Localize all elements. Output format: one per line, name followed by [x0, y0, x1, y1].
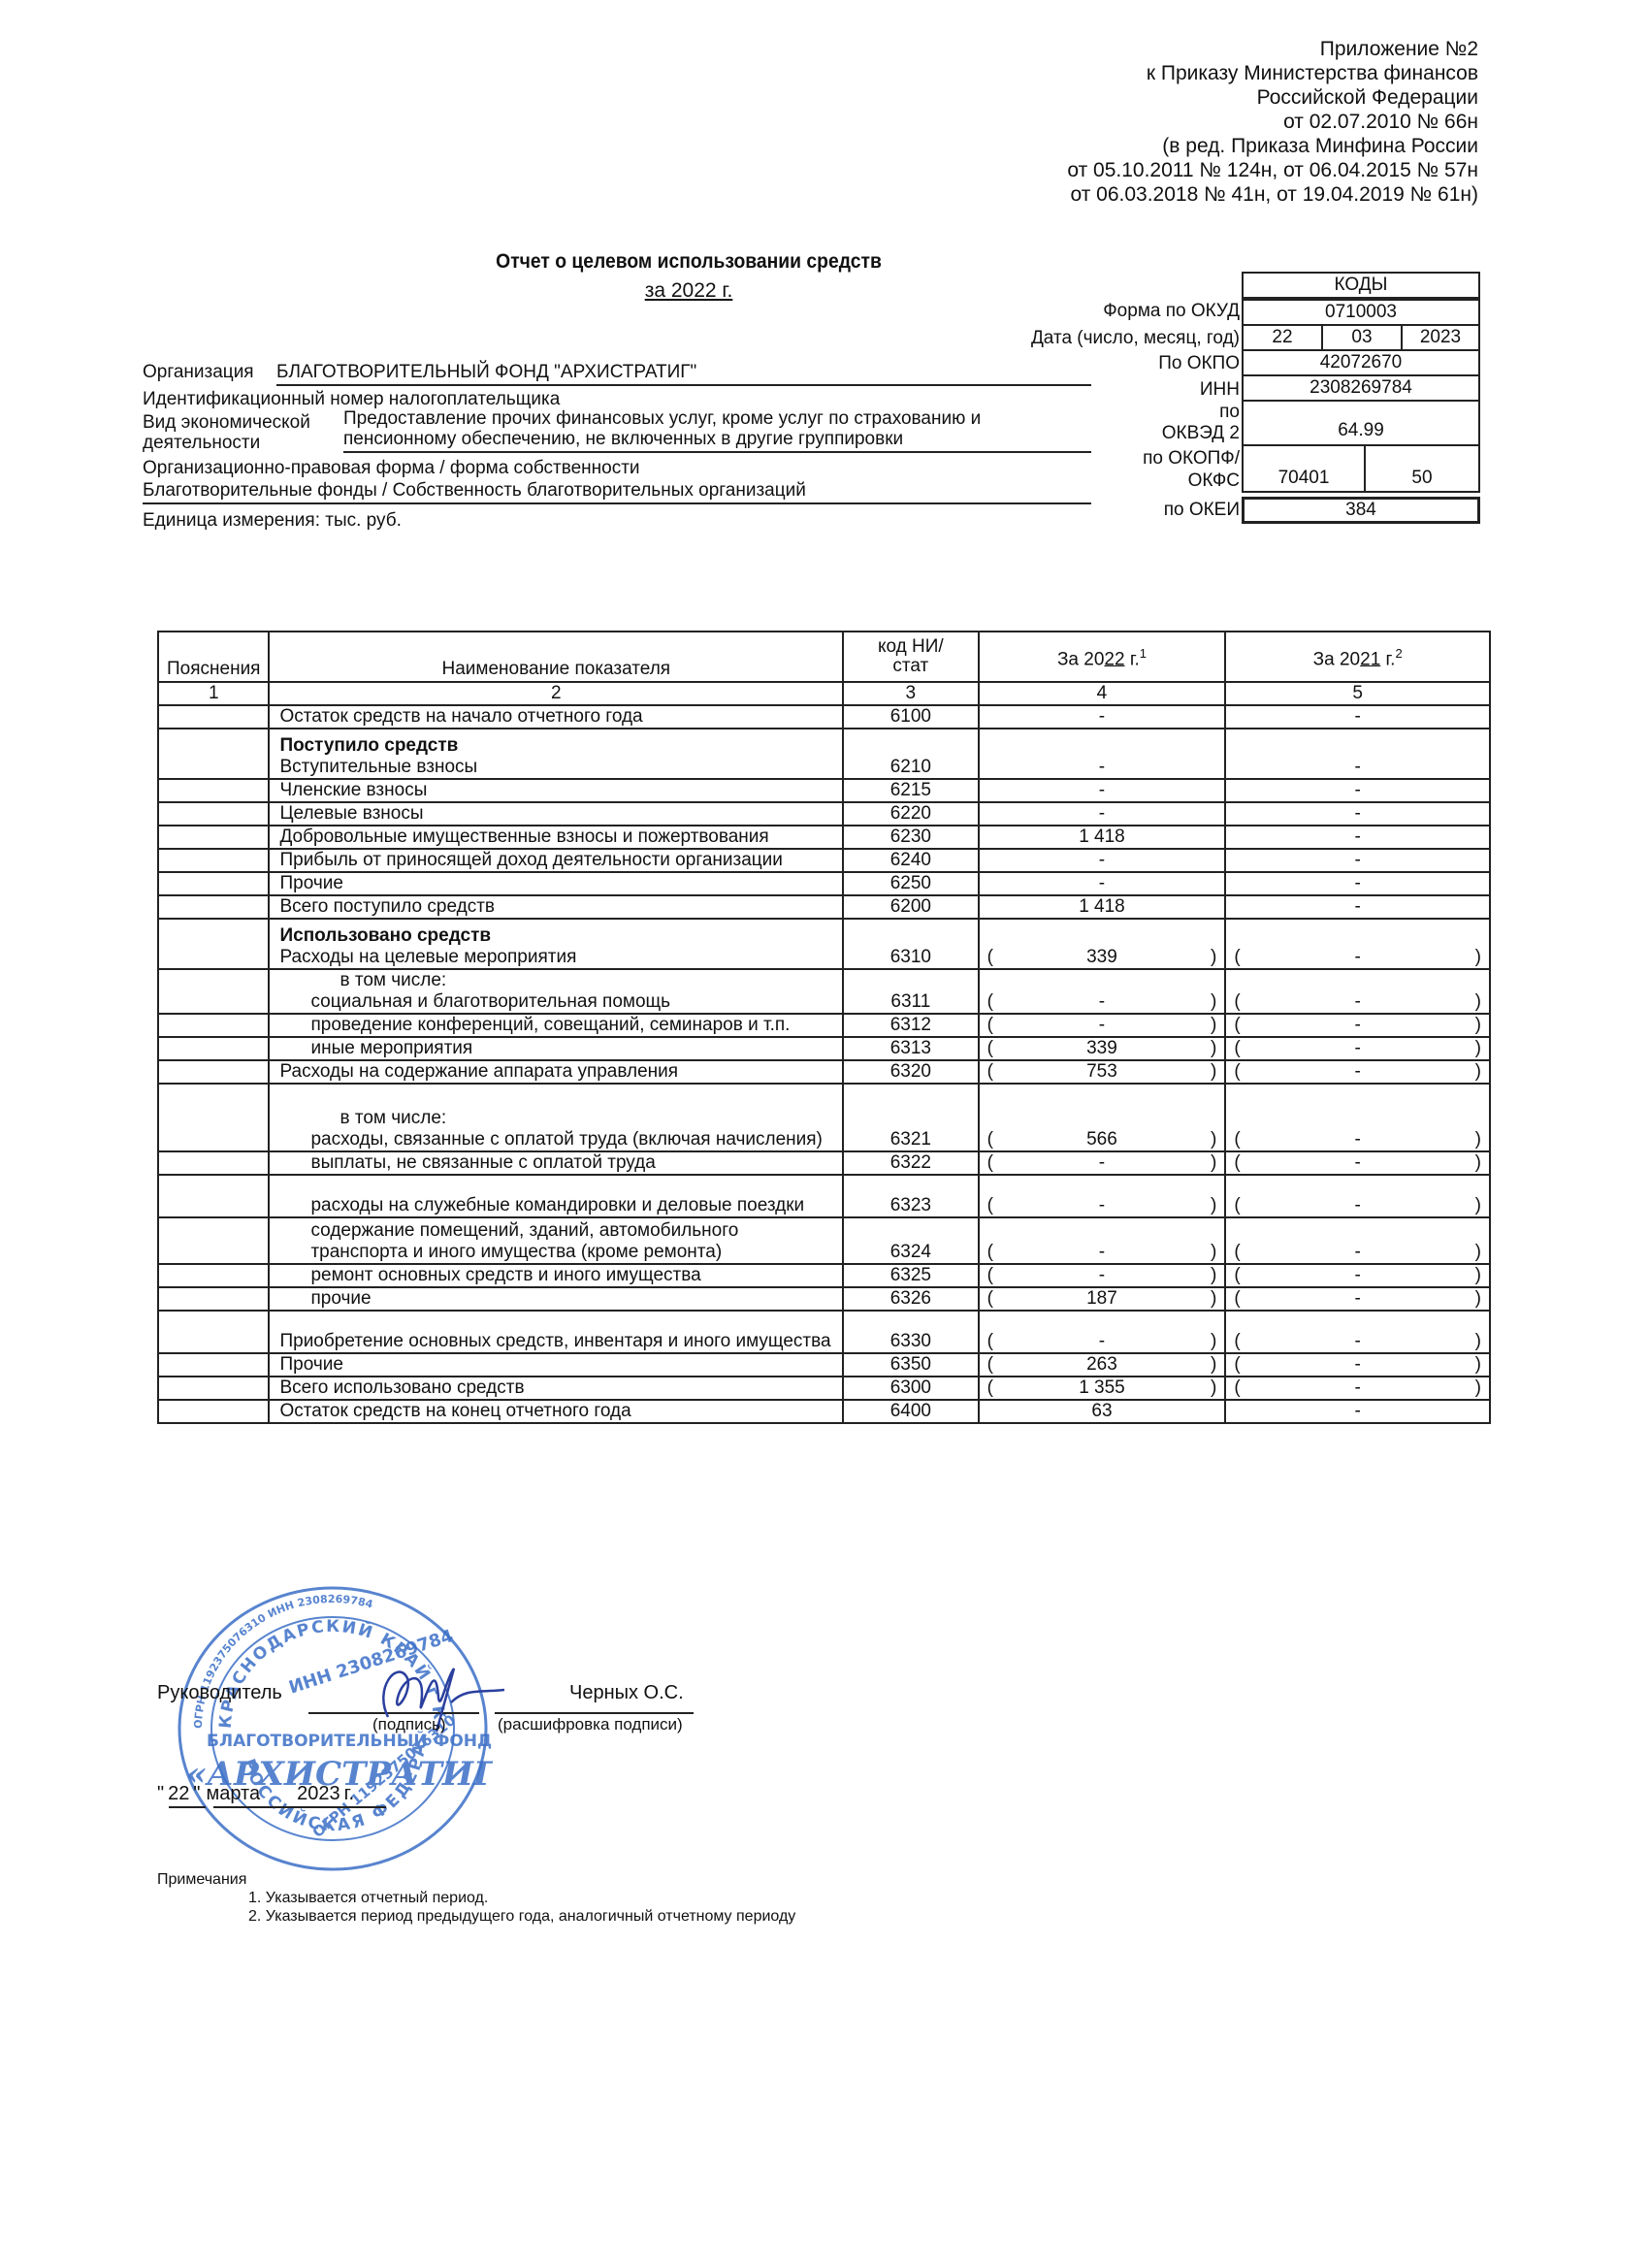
code-cell: 6324: [843, 1217, 978, 1264]
code-cell: 6320: [843, 1060, 978, 1084]
close-paren: ): [1211, 991, 1216, 1013]
table-row: Всего поступило средств62001 418-: [158, 895, 1490, 919]
notes-cell: [158, 872, 269, 895]
codes-header: КОДЫ: [1242, 272, 1480, 299]
code-cell: 6325: [843, 1264, 978, 1287]
value-2022-cell: 1 418: [979, 895, 1226, 919]
appendix-header: Приложение №2 к Приказу Министерства фин…: [799, 37, 1478, 207]
notes-cell: [158, 1400, 269, 1423]
value-2022-cell: (-): [979, 969, 1226, 1014]
close-paren: ): [1211, 1038, 1216, 1059]
notes-title: Примечания: [157, 1870, 246, 1889]
close-paren: ): [1475, 1377, 1481, 1399]
note-item: 1. Указывается отчетный период.: [248, 1889, 488, 1907]
close-paren: ): [1211, 1354, 1216, 1376]
value-y2022: 263: [993, 1354, 1211, 1376]
date-month-year-line: [213, 1806, 386, 1808]
name-cell: расходы на служебные командировки и дело…: [269, 1175, 843, 1217]
date-day: 22: [1242, 324, 1323, 351]
value-y2021: -: [1234, 757, 1481, 778]
close-paren: ): [1211, 1288, 1216, 1310]
appendix-line: к Приказу Министерства финансов: [799, 61, 1478, 85]
column-number-row: 1 2 3 4 5: [158, 682, 1490, 705]
value-y2022: -: [987, 873, 1217, 894]
table-row: Прибыль от приносящей доход деятельности…: [158, 849, 1490, 872]
table-row: проведение конференций, совещаний, семин…: [158, 1014, 1490, 1037]
activity-line-2: пенсионному обеспечению, не включенных в…: [343, 429, 903, 450]
table-row: в том числе:расходы, связанные с оплатой…: [158, 1084, 1490, 1151]
notes-cell: [158, 919, 269, 969]
close-paren: ): [1475, 1195, 1481, 1216]
okopf-label-2: ОКФС: [1188, 470, 1240, 492]
name-cell: содержание помещений, зданий, автомобиль…: [269, 1217, 843, 1264]
notes-cell: [158, 1014, 269, 1037]
col-notes-header: Пояснения: [158, 632, 269, 682]
value-2022-cell: (-): [979, 1175, 1226, 1217]
code-cell: 6200: [843, 895, 978, 919]
table-row: Приобретение основных средств, инвентаря…: [158, 1311, 1490, 1353]
okved-label-1: по: [1219, 402, 1240, 423]
table-row: расходы на служебные командировки и дело…: [158, 1175, 1490, 1217]
code-cell: 6210: [843, 729, 978, 779]
value-y2021: -: [1234, 850, 1481, 871]
value-2021-cell: (-): [1225, 1060, 1490, 1084]
indicator-name: Прочие: [279, 1354, 342, 1375]
value-y2021: -: [1241, 991, 1475, 1013]
indicator-name: Расходы на содержание аппарата управлени…: [279, 1061, 678, 1082]
name-cell: Прибыль от приносящей доход деятельности…: [269, 849, 843, 872]
including-label: в том числе:: [310, 1108, 834, 1129]
inn-label: Идентификационный номер налогоплательщик…: [143, 389, 560, 410]
legal-form-underline: [143, 502, 1091, 504]
table-row: Расходы на содержание аппарата управлени…: [158, 1060, 1490, 1084]
indicator-name: Членские взносы: [279, 780, 427, 800]
col-2022-header: За 2022 г.1: [979, 632, 1226, 682]
notes-cell: [158, 729, 269, 779]
code-cell: 6300: [843, 1377, 978, 1400]
value-y2021: -: [1234, 803, 1481, 825]
okpo-label: По ОКПО: [1158, 353, 1240, 374]
close-paren: ): [1211, 1061, 1216, 1083]
value-y2021: -: [1241, 1288, 1475, 1310]
indicator-name: Остаток средств на конец отчетного года: [279, 1401, 630, 1421]
okfs-value: 50: [1364, 444, 1480, 493]
value-y2022: 63: [987, 1401, 1217, 1422]
code-cell: 6250: [843, 872, 978, 895]
appendix-line: от 05.10.2011 № 124н, от 06.04.2015 № 57…: [799, 158, 1478, 182]
value-2021-cell: (-): [1225, 1287, 1490, 1311]
okopf-value: 70401: [1242, 444, 1366, 493]
value-y2022: 566: [993, 1129, 1211, 1150]
code-cell: 6230: [843, 826, 978, 849]
notes-cell: [158, 1311, 269, 1353]
col-number: 4: [979, 682, 1226, 705]
notes-cell: [158, 1084, 269, 1151]
name-cell: Членские взносы: [269, 779, 843, 802]
value-2022-cell: (-): [979, 1217, 1226, 1264]
indicator-name: прочие: [310, 1288, 371, 1309]
name-cell: в том числе:расходы, связанные с оплатой…: [269, 1084, 843, 1151]
value-y2022: -: [993, 1331, 1211, 1352]
name-caption: (расшифровка подписи): [498, 1715, 683, 1734]
name-cell: Использовано средствРасходы на целевые м…: [269, 919, 843, 969]
col-number: 5: [1225, 682, 1490, 705]
close-paren: ): [1211, 1015, 1216, 1036]
value-2022-cell: 1 418: [979, 826, 1226, 849]
value-2022-cell: -: [979, 872, 1226, 895]
indicator-name: Приобретение основных средств, инвентаря…: [279, 1331, 830, 1351]
name-cell: Расходы на содержание аппарата управлени…: [269, 1060, 843, 1084]
notes-cell: [158, 705, 269, 729]
notes-cell: [158, 1377, 269, 1400]
code-cell: 6330: [843, 1311, 978, 1353]
value-y2022: 1 355: [993, 1377, 1211, 1399]
table-row: в том числе:социальная и благотворительн…: [158, 969, 1490, 1014]
table-row: Остаток средств на конец отчетного года6…: [158, 1400, 1490, 1423]
appendix-line: (в ред. Приказа Минфина России: [799, 134, 1478, 158]
notes-cell: [158, 1264, 269, 1287]
close-paren: ): [1211, 1331, 1216, 1352]
code-cell: 6311: [843, 969, 978, 1014]
close-paren: ): [1475, 947, 1481, 968]
appendix-line: Приложение №2: [799, 37, 1478, 61]
value-2022-cell: (-): [979, 1151, 1226, 1175]
code-cell: 6240: [843, 849, 978, 872]
value-y2021: -: [1241, 1061, 1475, 1083]
value-2021-cell: (-): [1225, 1217, 1490, 1264]
value-2021-cell: (-): [1225, 1084, 1490, 1151]
value-y2021: -: [1234, 896, 1481, 918]
value-2021-cell: -: [1225, 705, 1490, 729]
value-2021-cell: -: [1225, 849, 1490, 872]
value-y2022: 339: [993, 1038, 1211, 1059]
name-cell: Прочие: [269, 872, 843, 895]
org-name: БЛАГОТВОРИТЕЛЬНЫЙ ФОНД "АРХИСТРАТИГ": [276, 362, 696, 383]
name-cell: прочие: [269, 1287, 843, 1311]
indicator-name: Прибыль от приносящей доход деятельности…: [279, 850, 782, 870]
notes-cell: [158, 826, 269, 849]
value-2022-cell: -: [979, 802, 1226, 826]
value-2022-cell: (-): [979, 1264, 1226, 1287]
table-row: Прочие6350(263)(-): [158, 1353, 1490, 1377]
value-2021-cell: (-): [1225, 969, 1490, 1014]
value-y2022: -: [987, 780, 1217, 801]
notes-cell: [158, 1151, 269, 1175]
value-y2021: -: [1241, 1015, 1475, 1036]
notes-cell: [158, 849, 269, 872]
col-2021-header: За 2021 г.2: [1225, 632, 1490, 682]
table-row: ремонт основных средств и иного имуществ…: [158, 1264, 1490, 1287]
close-paren: ): [1475, 1061, 1481, 1083]
close-paren: ): [1475, 1331, 1481, 1352]
value-2021-cell: (-): [1225, 1311, 1490, 1353]
okopf-label-1: по ОКОПФ/: [1143, 448, 1240, 470]
value-y2021: -: [1234, 826, 1481, 848]
notes-cell: [158, 802, 269, 826]
close-paren: ): [1211, 1265, 1216, 1286]
value-2021-cell: (-): [1225, 1151, 1490, 1175]
table-row: Членские взносы6215--: [158, 779, 1490, 802]
appendix-line: от 02.07.2010 № 66н: [799, 110, 1478, 134]
activity-label-1: Вид экономической: [143, 412, 310, 434]
okved-value: 64.99: [1242, 400, 1480, 446]
table-row: Добровольные имущественные взносы и поже…: [158, 826, 1490, 849]
value-y2021: -: [1241, 1038, 1475, 1059]
value-y2022: -: [993, 1152, 1211, 1174]
date-year: 2023: [1401, 324, 1480, 351]
value-2022-cell: (1 355): [979, 1377, 1226, 1400]
inn-code-label: ИНН: [1200, 379, 1240, 401]
section-heading: Использовано средств: [279, 925, 834, 947]
indicator-name: Целевые взносы: [279, 803, 423, 824]
value-2021-cell: (-): [1225, 1377, 1490, 1400]
value-2021-cell: (-): [1225, 1037, 1490, 1060]
notes-cell: [158, 1037, 269, 1060]
okpo-value: 42072670: [1242, 349, 1480, 376]
table-body: Остаток средств на начало отчетного года…: [158, 705, 1490, 1423]
value-2022-cell: -: [979, 705, 1226, 729]
name-cell: Приобретение основных средств, инвентаря…: [269, 1311, 843, 1353]
date-label: Дата (число, месяц, год): [1031, 328, 1240, 349]
value-2022-cell: 63: [979, 1400, 1226, 1423]
table-row: Прочие6250--: [158, 872, 1490, 895]
value-y2021: -: [1234, 706, 1481, 728]
name-cell: Добровольные имущественные взносы и поже…: [269, 826, 843, 849]
value-2021-cell: -: [1225, 802, 1490, 826]
value-2021-cell: -: [1225, 729, 1490, 779]
value-2021-cell: (-): [1225, 1014, 1490, 1037]
indicator-name: Всего использовано средств: [279, 1377, 524, 1398]
note-item: 2. Указывается период предыдущего года, …: [248, 1907, 795, 1926]
notes-cell: [158, 1353, 269, 1377]
close-paren: ): [1211, 1377, 1216, 1399]
value-2021-cell: -: [1225, 872, 1490, 895]
value-y2022: -: [987, 850, 1217, 871]
org-label: Организация: [143, 362, 254, 383]
name-cell: Поступило средствВступительные взносы: [269, 729, 843, 779]
notes-cell: [158, 779, 269, 802]
table-row: Использовано средствРасходы на целевые м…: [158, 919, 1490, 969]
funds-usage-table: Пояснения Наименование показателя код НИ…: [157, 631, 1491, 1424]
value-2021-cell: (-): [1225, 1353, 1490, 1377]
value-y2022: -: [993, 1242, 1211, 1263]
code-cell: 6321: [843, 1084, 978, 1151]
indicator-name: выплаты, не связанные с оплатой труда: [310, 1152, 655, 1173]
close-paren: ): [1211, 1195, 1216, 1216]
value-y2022: -: [987, 706, 1217, 728]
code-cell: 6312: [843, 1014, 978, 1037]
value-2022-cell: (339): [979, 919, 1226, 969]
legal-form-value: Благотворительные фонды / Собственность …: [143, 480, 806, 502]
value-y2021: -: [1241, 1331, 1475, 1352]
col-number: 1: [158, 682, 269, 705]
unit-label: Единица измерения: тыс. руб.: [143, 510, 402, 532]
table-row: прочие6326(187)(-): [158, 1287, 1490, 1311]
name-cell: в том числе:социальная и благотворительн…: [269, 969, 843, 1014]
table-row: содержание помещений, зданий, автомобиль…: [158, 1217, 1490, 1264]
value-2021-cell: (-): [1225, 919, 1490, 969]
value-y2021: -: [1234, 780, 1481, 801]
activity-line-1: Предоставление прочих финансовых услуг, …: [343, 408, 981, 430]
name-cell: Прочие: [269, 1353, 843, 1377]
value-2022-cell: (-): [979, 1311, 1226, 1353]
close-paren: ): [1475, 1015, 1481, 1036]
indicator-name: Добровольные имущественные взносы и поже…: [279, 826, 768, 847]
value-y2021: -: [1241, 1354, 1475, 1376]
value-y2021: -: [1234, 873, 1481, 894]
indicator-name: Расходы на целевые мероприятия: [279, 947, 576, 967]
okud-label: Форма по ОКУД: [1103, 301, 1240, 322]
close-paren: ): [1211, 1152, 1216, 1174]
notes-cell: [158, 1287, 269, 1311]
okei-label: по ОКЕИ: [1164, 500, 1240, 521]
value-2022-cell: (187): [979, 1287, 1226, 1311]
signature-caption: (подпись): [372, 1715, 446, 1734]
indicator-name: иные мероприятия: [310, 1038, 472, 1058]
name-cell: иные мероприятия: [269, 1037, 843, 1060]
code-cell: 6323: [843, 1175, 978, 1217]
value-y2022: -: [993, 1195, 1211, 1216]
table-header-row: Пояснения Наименование показателя код НИ…: [158, 632, 1490, 682]
col-code-header: код НИ/стат: [843, 632, 978, 682]
close-paren: ): [1475, 1242, 1481, 1263]
close-paren: ): [1475, 1152, 1481, 1174]
table-row: Остаток средств на начало отчетного года…: [158, 705, 1490, 729]
value-2021-cell: -: [1225, 895, 1490, 919]
value-y2021: -: [1241, 1152, 1475, 1174]
name-cell: проведение конференций, совещаний, семин…: [269, 1014, 843, 1037]
okei-value: 384: [1242, 497, 1480, 524]
org-underline: [276, 384, 1091, 386]
date-day-line: [169, 1806, 206, 1808]
indicator-name: проведение конференций, совещаний, семин…: [310, 1015, 790, 1035]
close-paren: ): [1475, 1354, 1481, 1376]
table-row: Всего использовано средств6300(1 355)(-): [158, 1377, 1490, 1400]
value-y2021: -: [1241, 1242, 1475, 1263]
value-y2022: 753: [993, 1061, 1211, 1083]
value-2021-cell: -: [1225, 826, 1490, 849]
value-y2022: -: [993, 991, 1211, 1013]
value-y2021: -: [1241, 1195, 1475, 1216]
date-month: 03: [1321, 324, 1403, 351]
notes-cell: [158, 1217, 269, 1264]
code-cell: 6220: [843, 802, 978, 826]
table-row: Поступило средствВступительные взносы621…: [158, 729, 1490, 779]
value-y2022: -: [993, 1265, 1211, 1286]
legal-form-label: Организационно-правовая форма / форма со…: [143, 458, 640, 479]
name-line: [495, 1712, 694, 1714]
close-paren: ): [1475, 1288, 1481, 1310]
value-2022-cell: (263): [979, 1353, 1226, 1377]
value-y2022: -: [987, 757, 1217, 778]
notes-cell: [158, 1060, 269, 1084]
value-2021-cell: -: [1225, 779, 1490, 802]
name-cell: ремонт основных средств и иного имуществ…: [269, 1264, 843, 1287]
value-2022-cell: (753): [979, 1060, 1226, 1084]
notes-cell: [158, 895, 269, 919]
appendix-line: от 06.03.2018 № 41н, от 19.04.2019 № 61н…: [799, 182, 1478, 207]
value-y2022: 1 418: [987, 826, 1217, 848]
value-y2022: -: [987, 803, 1217, 825]
code-cell: 6100: [843, 705, 978, 729]
value-2022-cell: (-): [979, 1014, 1226, 1037]
value-y2022: 339: [993, 947, 1211, 968]
name-cell: Целевые взносы: [269, 802, 843, 826]
value-y2022: -: [993, 1015, 1211, 1036]
value-y2021: -: [1241, 947, 1475, 968]
indicator-name: содержание помещений, зданий, автомобиль…: [310, 1220, 738, 1262]
col-number: 2: [269, 682, 843, 705]
code-cell: 6310: [843, 919, 978, 969]
close-paren: ): [1211, 1242, 1216, 1263]
value-y2021: -: [1234, 1401, 1481, 1422]
value-2021-cell: (-): [1225, 1264, 1490, 1287]
close-paren: ): [1475, 1038, 1481, 1059]
value-2022-cell: -: [979, 729, 1226, 779]
name-cell: Остаток средств на конец отчетного года: [269, 1400, 843, 1423]
table-row: иные мероприятия6313(339)(-): [158, 1037, 1490, 1060]
report-title: Отчет о целевом использовании средств: [474, 250, 903, 274]
value-y2021: -: [1241, 1129, 1475, 1150]
name-cell: Всего использовано средств: [269, 1377, 843, 1400]
col-name-header: Наименование показателя: [269, 632, 843, 682]
name-cell: Всего поступило средств: [269, 895, 843, 919]
table-row: Целевые взносы6220--: [158, 802, 1490, 826]
value-y2022: 187: [993, 1288, 1211, 1310]
section-heading: Поступило средств: [279, 735, 834, 757]
value-y2022: 1 418: [987, 896, 1217, 918]
value-2022-cell: (566): [979, 1084, 1226, 1151]
close-paren: ): [1475, 1265, 1481, 1286]
indicator-name: Прочие: [279, 873, 342, 893]
value-2021-cell: -: [1225, 1400, 1490, 1423]
indicator-name: расходы, связанные с оплатой труда (вклю…: [310, 1129, 822, 1150]
head-label: Руководитель: [157, 1682, 282, 1704]
value-y2021: -: [1241, 1377, 1475, 1399]
col-number: 3: [843, 682, 978, 705]
value-2022-cell: -: [979, 779, 1226, 802]
notes-cell: [158, 969, 269, 1014]
appendix-line: Российской Федерации: [799, 85, 1478, 110]
okved-label-2: ОКВЭД 2: [1162, 423, 1240, 444]
name-cell: Остаток средств на начало отчетного года: [269, 705, 843, 729]
code-cell: 6215: [843, 779, 978, 802]
indicator-name: социальная и благотворительная помощь: [310, 991, 670, 1012]
name-cell: выплаты, не связанные с оплатой труда: [269, 1151, 843, 1175]
sign-date: "22"марта2023г.: [157, 1783, 354, 1805]
value-2022-cell: -: [979, 849, 1226, 872]
activity-label-2: деятельности: [143, 433, 260, 454]
code-cell: 6313: [843, 1037, 978, 1060]
notes-cell: [158, 1175, 269, 1217]
code-cell: 6326: [843, 1287, 978, 1311]
report-period: за 2022 г.: [456, 279, 921, 303]
activity-underline: [343, 451, 1091, 453]
table-row: выплаты, не связанные с оплатой труда632…: [158, 1151, 1490, 1175]
value-2021-cell: (-): [1225, 1175, 1490, 1217]
value-2022-cell: (339): [979, 1037, 1226, 1060]
inn-value: 2308269784: [1242, 374, 1480, 402]
code-cell: 6322: [843, 1151, 978, 1175]
close-paren: ): [1475, 991, 1481, 1013]
indicator-name: Всего поступило средств: [279, 896, 495, 917]
indicator-name: расходы на служебные командировки и дело…: [310, 1195, 804, 1215]
okud-value: 0710003: [1242, 299, 1480, 326]
value-y2021: -: [1241, 1265, 1475, 1286]
close-paren: ): [1211, 947, 1216, 968]
code-cell: 6350: [843, 1353, 978, 1377]
indicator-name: Остаток средств на начало отчетного года: [279, 706, 642, 727]
